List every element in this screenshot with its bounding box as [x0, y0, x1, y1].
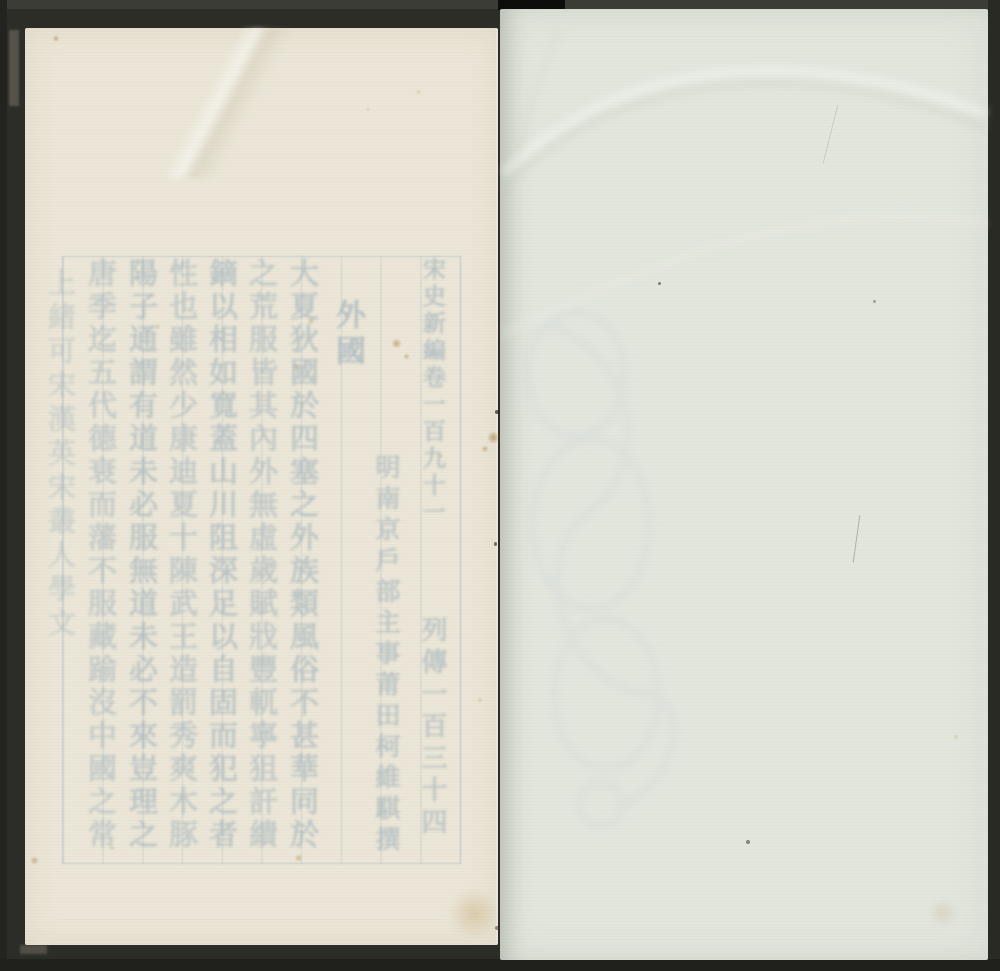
- scratch-mark: [853, 515, 861, 563]
- scan-border-bottom: [0, 959, 1000, 971]
- corner-crease: [143, 28, 293, 178]
- underlying-page-edge: [20, 945, 47, 954]
- right-page-blank: [500, 9, 988, 960]
- left-page-printed: [25, 28, 498, 945]
- showthrough-watermark: [506, 264, 736, 864]
- underlying-page-edge: [9, 30, 19, 106]
- scan-border-right: [988, 0, 1000, 971]
- scan-border-left: [0, 0, 7, 971]
- book-scan: 宋史新編卷一百九十一列傳一百三十四明南京戶部主事莆田柯維騏撰外國大夏狄國於四塞之…: [0, 0, 1000, 971]
